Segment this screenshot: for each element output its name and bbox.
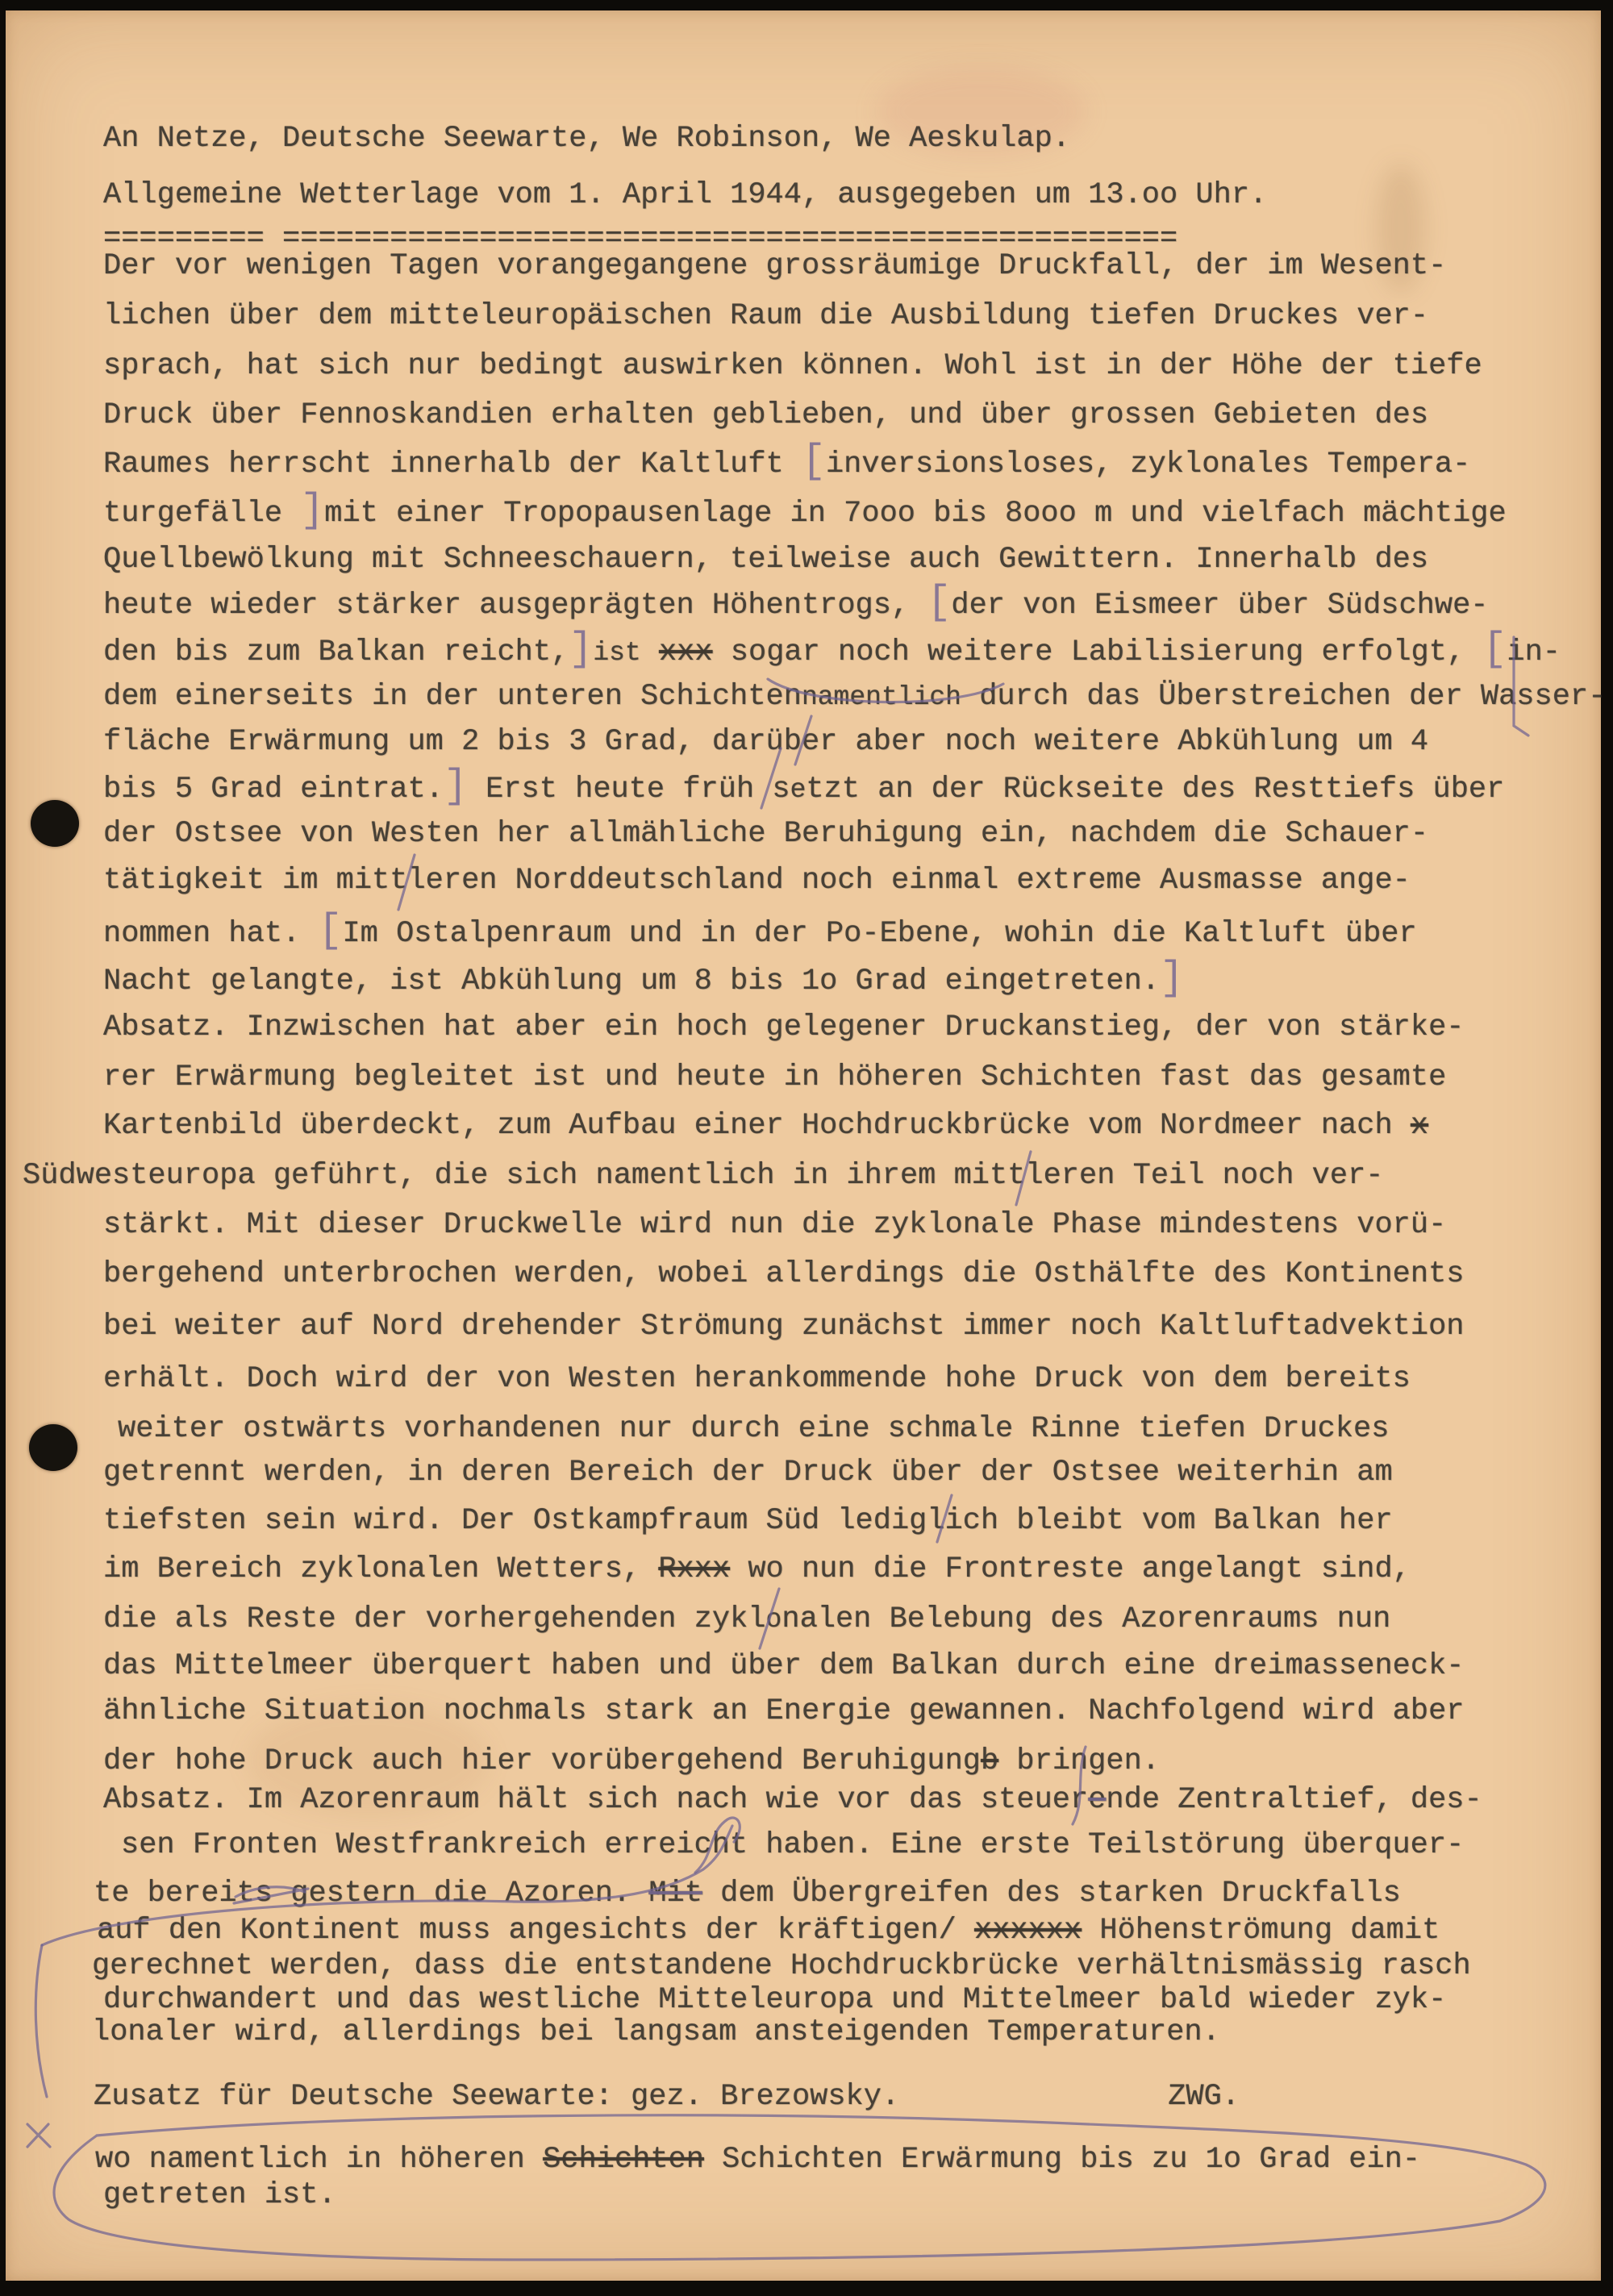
text-line: die als Reste der vorhergehenden zyklona… xyxy=(103,1598,1390,1641)
typed-text: Erst heute früh s xyxy=(468,773,790,806)
typed-text: nommen hat. xyxy=(103,917,318,951)
typed-text: tätigkeit im mittleren Norddeutschland n… xyxy=(103,864,1411,898)
pencil-bracket: [ xyxy=(1482,627,1507,673)
circled-addendum-line: getreten ist. xyxy=(103,2174,336,2216)
typed-text: Allgemeine Wetterlage vom 1. April 1944,… xyxy=(103,178,1267,212)
typed-text: bis 5 Grad eintrat. xyxy=(103,773,444,806)
text-line: nommen hat. [Im Ostalpenraum und in der … xyxy=(103,910,1417,955)
text-line: getrennt werden, in deren Bereich der Dr… xyxy=(103,1452,1393,1494)
pencil-bracket: [ xyxy=(927,580,951,626)
typed-text: dem Übergreifen des starken Druckfalls xyxy=(702,1877,1401,1911)
typed-text: lonaler wird, allerdings bei langsam ans… xyxy=(92,2015,1220,2049)
struck-text: xxxxxx xyxy=(974,1914,1082,1948)
typed-text: dem einerseits in der unteren Schichten xyxy=(103,680,802,714)
typed-text: inversionsloses, zyklonales Tempera- xyxy=(826,448,1470,481)
typed-text: wo nun die Frontreste angelangt sind, xyxy=(730,1552,1411,1586)
struck-text: x xyxy=(1411,1109,1428,1143)
text-line: tiefsten sein wird. Der Ostkampfraum Süd… xyxy=(103,1500,1393,1542)
struck-text: Rxxx xyxy=(658,1552,730,1586)
typed-text: te bereits gestern die Azoren. xyxy=(94,1877,648,1911)
typed-text: bringen. xyxy=(998,1744,1160,1778)
typed-text xyxy=(641,635,659,669)
text-line: lonaler wird, allerdings bei langsam ans… xyxy=(92,2011,1220,2053)
typed-text: gerechnet werden, dass die entstandene H… xyxy=(92,1949,1471,1983)
struck-text: xxx xyxy=(659,635,713,669)
text-line: das Mittelmeer überquert haben und über … xyxy=(103,1645,1464,1687)
text-line: Südwesteuropa geführt, die sich namentli… xyxy=(23,1155,1383,1197)
text-line: bis 5 Grad eintrat.] Erst heute früh set… xyxy=(103,766,1504,811)
typed-text: erhält. Doch wird der von Westen heranko… xyxy=(103,1362,1411,1396)
typed-text: An Netze, Deutsche Seewarte, We Robinson… xyxy=(103,122,1070,156)
typed-text: Im Ostalpenraum und in der Po-Ebene, woh… xyxy=(342,917,1416,951)
text-line: te bereits gestern die Azoren. Mit dem Ü… xyxy=(94,1873,1401,1915)
typed-text: mit einer Tropopausenlage in 7ooo bis 8o… xyxy=(324,497,1506,531)
typed-text: getrennt werden, in deren Bereich der Dr… xyxy=(103,1456,1393,1490)
text-line: erhält. Doch wird der von Westen heranko… xyxy=(103,1358,1411,1400)
typed-text: rer Erwärmung begleitet ist und heute in… xyxy=(103,1060,1446,1094)
signature-line: Zusatz für Deutsche Seewarte: gez. Brezo… xyxy=(94,2076,1240,2118)
typed-text: Druck über Fennoskandien erhalten geblie… xyxy=(103,398,1428,432)
typed-text: heute wieder stärker ausgeprägten Höhent… xyxy=(103,589,927,623)
pencil-bracket: ] xyxy=(444,764,468,810)
typed-text: der hohe Druck auch hier vorübergehend B… xyxy=(103,1744,981,1778)
pencil-struck-text: e xyxy=(1088,1783,1106,1817)
typed-text: weiter ostwärts vorhandenen nur durch ei… xyxy=(118,1412,1389,1446)
typed-text: tiefsten sein wird. Der Ostkampfraum Süd… xyxy=(103,1504,1393,1538)
pencil-bracket: ] xyxy=(569,627,593,673)
typed-text: Höhenströmung damit xyxy=(1082,1914,1440,1948)
text-line: Quellbewölkung mit Schneeschauern, teilw… xyxy=(103,539,1428,581)
typed-text: den bis zum Balkan reicht, xyxy=(103,635,569,669)
typed-text: turgefälle xyxy=(103,497,300,531)
typed-text: in- xyxy=(1507,635,1561,669)
typed-text: nde Zentraltief, des- xyxy=(1106,1783,1482,1817)
typed-text: wo namentlich in höheren xyxy=(95,2143,543,2177)
text-line: Kartenbild überdeckt, zum Aufbau einer H… xyxy=(103,1105,1428,1147)
typed-text: fläche Erwärmung um 2 bis 3 Grad, darübe… xyxy=(103,725,1428,759)
text-line: sprach, hat sich nur bedingt auswirken k… xyxy=(103,345,1482,387)
typed-text: Schichten Erwärmung bis zu 1o Grad ein- xyxy=(704,2143,1420,2177)
pencil-bracket: [ xyxy=(318,908,342,954)
typed-text: lichen über dem mitteleuropäischen Raum … xyxy=(103,299,1428,333)
pencil-bracket: ] xyxy=(300,488,324,534)
text-line: bei weiter auf Nord drehender Strömung z… xyxy=(103,1306,1464,1348)
text-line: lichen über dem mitteleuropäischen Raum … xyxy=(103,295,1428,337)
struck-text: Schichten xyxy=(543,2143,704,2177)
text-line: turgefälle ]mit einer Tropopausenlage in… xyxy=(103,490,1507,535)
typed-text: der von Eismeer über Südschwe- xyxy=(951,589,1488,623)
typed-text: sen Fronten Westfrankreich erreicht habe… xyxy=(121,1828,1464,1862)
typed-text: Absatz. Inzwischen hat aber ein hoch gel… xyxy=(103,1010,1464,1044)
text-line: tätigkeit im mittleren Norddeutschland n… xyxy=(103,860,1411,902)
text-line: ähnliche Situation nochmals stark an Ene… xyxy=(103,1690,1464,1732)
typed-text: durch das Überstreichen der Wasser- xyxy=(961,680,1606,714)
text-line: der hohe Druck auch hier vorübergehend B… xyxy=(103,1740,1160,1782)
title-line: Allgemeine Wetterlage vom 1. April 1944,… xyxy=(103,174,1267,216)
text-line: stärkt. Mit dieser Druckwelle wird nun d… xyxy=(103,1204,1446,1246)
text-line: der Ostsee von Westen her allmähliche Be… xyxy=(103,813,1428,855)
typed-text: der Ostsee von Westen her allmähliche Be… xyxy=(103,817,1428,851)
text-line: im Bereich zyklonalen Wetters, Rxxx wo n… xyxy=(103,1548,1411,1590)
typewritten-text: An Netze, Deutsche Seewarte, We Robinson… xyxy=(0,0,1613,2296)
typed-text: tzt an der Rückseite des Resttiefs über xyxy=(806,773,1504,806)
text-line: dem einerseits in der unteren Schichtenn… xyxy=(103,676,1606,719)
typed-text: Absatz. Im Azorenraum hält sich nach wie… xyxy=(103,1783,1088,1817)
text-line: Raumes herrscht innerhalb der Kaltluft [… xyxy=(103,441,1470,485)
text-line: Absatz. Inzwischen hat aber ein hoch gel… xyxy=(103,1006,1464,1048)
typed-text: getreten ist. xyxy=(103,2178,336,2212)
text-line: den bis zum Balkan reicht,]ist xxx sogar… xyxy=(103,629,1561,674)
typed-text: Raumes herrscht innerhalb der Kaltluft xyxy=(103,448,802,481)
typed-text: sprach, hat sich nur bedingt auswirken k… xyxy=(103,349,1482,383)
text-line: bergehend unterbrochen werden, wobei all… xyxy=(103,1253,1464,1295)
text-line: rer Erwärmung begleitet ist und heute in… xyxy=(103,1056,1446,1098)
typed-text: das Mittelmeer überquert haben und über … xyxy=(103,1649,1464,1683)
address-line: An Netze, Deutsche Seewarte, We Robinson… xyxy=(103,118,1070,160)
typed-text: Kartenbild überdeckt, zum Aufbau einer H… xyxy=(103,1109,1411,1143)
pencil-struck-text: Mit xyxy=(648,1877,702,1911)
typed-text: die als Reste der vorhergehenden zykl xyxy=(103,1602,766,1636)
scanned-document-page: { "page_type": "scanned typewritten weat… xyxy=(0,0,1613,2296)
typed-text: bei weiter auf Nord drehender Strömung z… xyxy=(103,1310,1464,1344)
text-line: Absatz. Im Azorenraum hält sich nach wie… xyxy=(103,1779,1482,1821)
typed-text: Quellbewölkung mit Schneeschauern, teilw… xyxy=(103,543,1428,577)
text-line: sen Fronten Westfrankreich erreicht habe… xyxy=(121,1824,1464,1866)
text-line: Der vor wenigen Tagen vorangegangene gro… xyxy=(103,245,1446,287)
typed-insertion: namentlich xyxy=(802,682,961,712)
text-line: fläche Erwärmung um 2 bis 3 Grad, darübe… xyxy=(103,721,1428,763)
struck-text: b xyxy=(981,1744,998,1778)
pencil-bracket: [ xyxy=(802,439,826,485)
typed-text: Zusatz für Deutsche Seewarte: gez. Brezo… xyxy=(94,2080,1240,2114)
typed-insertion: ist xyxy=(593,638,640,668)
typed-text: sogar noch weitere Labilisierung erfolgt… xyxy=(713,635,1483,669)
typed-text: Südwesteuropa geführt, die sich namentli… xyxy=(23,1159,1383,1193)
text-line: weiter ostwärts vorhandenen nur durch ei… xyxy=(118,1408,1389,1450)
typed-text: auf den Kontinent muss angesichts der kr… xyxy=(97,1914,974,1948)
typed-insertion: o xyxy=(766,1605,782,1635)
typed-text: bergehend unterbrochen werden, wobei all… xyxy=(103,1257,1464,1291)
pencil-bracket: ] xyxy=(1160,956,1184,1002)
typed-text: im Bereich zyklonalen Wetters, xyxy=(103,1552,658,1586)
text-line: Druck über Fennoskandien erhalten geblie… xyxy=(103,394,1428,436)
typed-text: Nacht gelangte, ist Abkühlung um 8 bis 1… xyxy=(103,965,1160,998)
typed-text: nalen Belebung des Azorenraums nun xyxy=(781,1602,1390,1636)
text-line: Nacht gelangte, ist Abkühlung um 8 bis 1… xyxy=(103,958,1184,1002)
typed-text: stärkt. Mit dieser Druckwelle wird nun d… xyxy=(103,1208,1446,1242)
typed-insertion: e xyxy=(790,775,806,805)
typed-text: ähnliche Situation nochmals stark an Ene… xyxy=(103,1694,1464,1728)
typed-text: Der vor wenigen Tagen vorangegangene gro… xyxy=(103,249,1446,283)
text-line: heute wieder stärker ausgeprägten Höhent… xyxy=(103,582,1489,627)
